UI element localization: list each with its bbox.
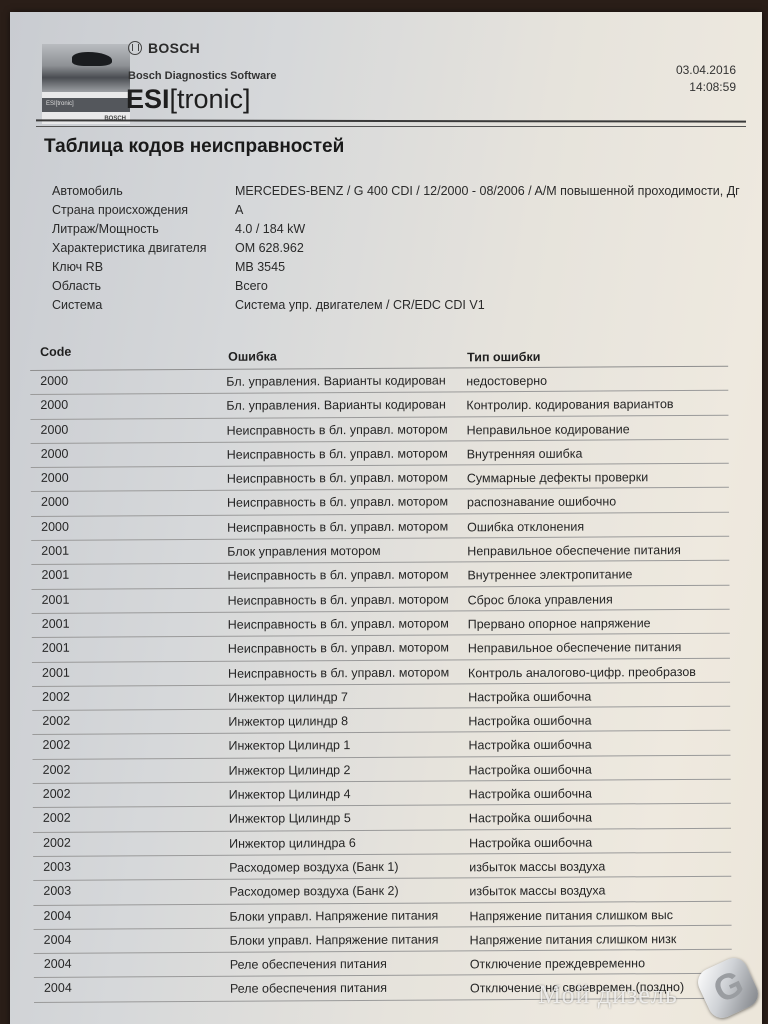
fault-type: Настройка ошибочна [468, 689, 591, 704]
fault-description: Инжектор Цилиндр 2 [229, 763, 351, 778]
workshop-photo [42, 44, 130, 92]
bosch-armature-icon [128, 41, 142, 55]
fault-code: 2001 [42, 617, 70, 631]
fault-description: Реле обеспечения питания [230, 981, 387, 996]
header-error-type: Тип ошибки [467, 350, 540, 364]
header-code: Code [40, 345, 71, 359]
product-name: ESI[tronic] [126, 82, 251, 116]
fault-type: Внутреннее электропитание [467, 568, 632, 583]
fault-description: Неисправность в бл. управл. мотором [227, 495, 448, 510]
brand-name: BOSCH [148, 40, 200, 56]
vehicle-info-value: 4.0 / 184 kW [235, 222, 305, 236]
logo-bar-text: ESI[tronic] [46, 101, 74, 107]
fault-type: Неправильное кодирование [466, 422, 629, 437]
fault-type: Настройка ошибочна [468, 714, 591, 729]
software-subtitle: Bosch Diagnostics Software [128, 70, 277, 82]
bosch-brand: BOSCH [128, 40, 200, 56]
fault-code: 2002 [43, 811, 71, 825]
header-error: Ошибка [228, 349, 277, 363]
fault-type: распознавание ошибочно [467, 495, 616, 510]
fault-description: Расходомер воздуха (Банк 1) [229, 860, 398, 875]
page-title: Таблица кодов неисправностей [44, 136, 344, 158]
fault-type: Сброс блока управления [468, 592, 613, 607]
fault-description: Бл. управления. Варианты кодирован [226, 398, 446, 413]
fault-type: Отключение преждевременно [470, 956, 645, 971]
fault-code: 2004 [43, 908, 71, 922]
fault-code: 2001 [42, 641, 70, 655]
fault-description: Неисправность в бл. управл. мотором [226, 422, 447, 437]
fault-type: Напряжение питания слишком низк [470, 932, 677, 947]
fault-description: Неисправность в бл. управл. мотором [228, 641, 449, 656]
vehicle-info-label: Ключ RB [52, 260, 103, 274]
fault-description: Неисправность в бл. управл. мотором [228, 665, 449, 680]
vehicle-info-value: MB 3545 [235, 260, 285, 274]
fault-description: Неисправность в бл. управл. мотором [228, 616, 449, 631]
fault-type: Напряжение питания слишком выс [469, 908, 673, 923]
fault-code: 2000 [40, 422, 68, 436]
fault-code: 2004 [44, 957, 72, 971]
fault-description: Блоки управл. Напряжение питания [230, 932, 439, 947]
fault-description: Неисправность в бл. управл. мотором [227, 568, 448, 583]
vehicle-info-label: Область [52, 279, 101, 293]
fault-description: Инжектор цилиндр 7 [228, 690, 348, 705]
vehicle-info-value: OM 628.962 [235, 241, 304, 255]
vehicle-info-label: Автомобиль [52, 184, 123, 198]
fault-type: недостоверно [466, 374, 547, 388]
product-name-rest: [tronic] [170, 84, 251, 114]
fault-code: 2002 [43, 835, 71, 849]
vehicle-info-label: Характеристика двигателя [52, 241, 206, 255]
vehicle-info-label: Страна происхождения [52, 203, 188, 217]
fault-type: Настройка ошибочна [468, 738, 591, 753]
fault-code: 2000 [41, 520, 69, 534]
fault-type: избыток массы воздуха [469, 884, 605, 899]
product-name-bold: ESI [126, 84, 170, 114]
fault-type: избыток массы воздуха [469, 859, 605, 874]
fault-type: Настройка ошибочна [469, 811, 592, 826]
fault-type: Настройка ошибочна [469, 762, 592, 777]
vehicle-info-value: Всего [235, 279, 268, 293]
watermark-logo-letter: G [707, 962, 750, 1012]
fault-code: 2002 [42, 690, 70, 704]
fault-description: Блок управления мотором [227, 544, 380, 559]
fault-code: 2002 [43, 763, 71, 777]
fault-description: Инжектор цилиндр 8 [228, 714, 348, 729]
fault-code: 2000 [40, 374, 68, 388]
fault-description: Инжектор Цилиндр 4 [229, 787, 351, 802]
fault-code: 2001 [41, 544, 69, 558]
vehicle-info-value: A [235, 203, 243, 217]
print-date: 03.04.2016 [676, 62, 736, 79]
vehicle-info-value: MERCEDES-BENZ / G 400 CDI / 12/2000 - 08… [235, 184, 740, 198]
fault-code: 2003 [43, 884, 71, 898]
fault-code: 2002 [42, 714, 70, 728]
fault-code: 2002 [43, 787, 71, 801]
fault-code: 2000 [40, 398, 68, 412]
fault-type: Прервано опорное напряжение [468, 616, 651, 631]
vehicle-info-label: Литраж/Мощность [52, 222, 159, 236]
fault-description: Инжектор Цилиндр 5 [229, 811, 351, 826]
fault-description: Расходомер воздуха (Банк 2) [229, 884, 398, 899]
fault-type: Настройка ошибочна [469, 787, 592, 802]
logo-bar: ESI[tronic] [42, 98, 130, 112]
car-icon [72, 52, 112, 66]
fault-description: Реле обеспечения питания [230, 957, 387, 972]
fault-code-table: Code Ошибка Тип ошибки 2000Бл. управлени… [30, 339, 732, 1003]
fault-code: 2004 [44, 981, 72, 995]
fault-description: Неисправность в бл. управл. мотором [227, 471, 448, 486]
fault-code: 2000 [41, 495, 69, 509]
fault-type: Неправильное обеспечение питания [468, 640, 682, 655]
fault-description: Блоки управл. Напряжение питания [229, 908, 438, 923]
fault-description: Инжектор цилиндра 6 [229, 836, 356, 851]
fault-description: Неисправность в бл. управл. мотором [228, 592, 449, 607]
fault-code: 2001 [42, 592, 70, 606]
fault-description: Бл. управления. Варианты кодирован [226, 373, 446, 388]
fault-type: Ошибка отклонения [467, 519, 584, 534]
fault-type: Настройка ошибочна [469, 835, 592, 850]
print-datetime: 03.04.2016 14:08:59 [676, 62, 736, 96]
table-header: Code Ошибка Тип ошибки [30, 339, 728, 371]
fault-type: Суммарные дефекты проверки [467, 470, 648, 485]
fault-code: 2000 [41, 447, 69, 461]
fault-description: Инжектор Цилиндр 1 [228, 739, 350, 754]
fault-code: 2003 [43, 860, 71, 874]
fault-type: Контролир. кодирования вариантов [466, 397, 673, 412]
fault-type: Неправильное обеспечение питания [467, 543, 681, 558]
fault-code: 2002 [42, 738, 70, 752]
fault-description: Неисправность в бл. управл. мотором [227, 519, 448, 534]
fault-code: 2001 [41, 568, 69, 582]
fault-code: 2001 [42, 665, 70, 679]
esitronic-cover-image: ESI[tronic] BOSCH [42, 44, 130, 124]
header-divider-thin [36, 126, 746, 127]
fault-description: Неисправность в бл. управл. мотором [227, 446, 448, 461]
vehicle-info-value: Система упр. двигателем / CR/EDC CDI V1 [235, 298, 485, 312]
fault-type: Контроль аналогово-цифр. преобразов [468, 665, 696, 680]
watermark-text: Мой дизель [538, 980, 678, 1010]
print-time: 14:08:59 [676, 79, 736, 96]
fault-code: 2000 [41, 471, 69, 485]
vehicle-info-label: Система [52, 298, 102, 312]
fault-type: Внутренняя ошибка [467, 447, 583, 462]
fault-code: 2004 [44, 933, 72, 947]
